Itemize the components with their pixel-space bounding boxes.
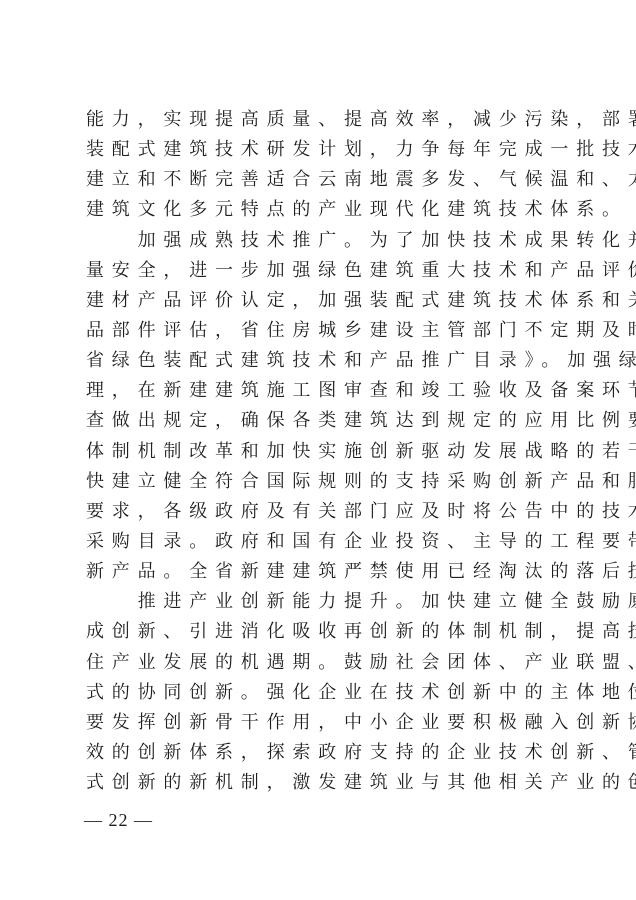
text-line: 建材产品评价认定，加强装配式建筑技术体系和关键技术、配套部 xyxy=(86,286,556,316)
text-line: 快建立健全符合国际规则的支持采购创新产品和服务的政策体系” xyxy=(86,467,556,497)
body-text: 能力，实现提高质量、提高效率，减少污染，部署实施云南省绿色 装配式建筑技术研发计… xyxy=(86,105,556,798)
text-line: 要发挥创新骨干作用，中小企业要积极融入创新协同。加快建立高 xyxy=(86,708,556,738)
text-line: 体制机制改革和加快实施创新驱动发展战略的若干意见》关于“加 xyxy=(86,437,556,467)
text-line: 成创新、引进消化吸收再创新的体制机制，提高技术创新效率，抓 xyxy=(86,617,556,647)
text-line: 推进产业创新能力提升。加快建立健全鼓励原始创新、合作集 xyxy=(86,587,556,617)
text-line: 装配式建筑技术研发计划，力争每年完成一批技术研发项目，加快 xyxy=(86,135,556,165)
paragraph: 推进产业创新能力提升。加快建立健全鼓励原始创新、合作集 成创新、引进消化吸收再创… xyxy=(86,587,556,798)
text-line: 能力，实现提高质量、提高效率，减少污染，部署实施云南省绿色 xyxy=(86,105,556,135)
text-line: 查做出规定，确保各类建筑达到规定的应用比例要求。按照《深化 xyxy=(86,406,556,436)
text-line: 式的协同创新。强化企业在技术创新中的主体地位，大型国有企业 xyxy=(86,678,556,708)
text-line: 省绿色装配式建筑技术和产品推广目录》。加强绿色建材产品应用管 xyxy=(86,346,556,376)
document-page: 能力，实现提高质量、提高效率，减少污染，部署实施云南省绿色 装配式建筑技术研发计… xyxy=(0,0,636,900)
text-line: 采购目录。政府和国有企业投资、主导的工程要带头采用新技术、 xyxy=(86,527,556,557)
page-number: — 22 — xyxy=(84,808,153,832)
text-line: 品部件评估，省住房城乡建设主管部门不定期及时公告发布《云南 xyxy=(86,316,556,346)
text-line: 新产品。全省新建建筑严禁使用已经淘汰的落后技术和产品。 xyxy=(86,557,556,587)
text-line: 效的创新体系，探索政府支持的企业技术创新、管理创新、商业模 xyxy=(86,738,556,768)
paragraph: 能力，实现提高质量、提高效率，减少污染，部署实施云南省绿色 装配式建筑技术研发计… xyxy=(86,105,556,226)
paragraph: 加强成熟技术推广。为了加快技术成果转化并保证建筑工程质 量安全，进一步加强绿色建… xyxy=(86,226,556,588)
text-line: 理，在新建建筑施工图审查和竣工验收及备案环节，对自评价和审 xyxy=(86,376,556,406)
text-line: 住产业发展的机遇期。鼓励社会团体、产业联盟、产学研等多种形 xyxy=(86,648,556,678)
text-line: 加强成熟技术推广。为了加快技术成果转化并保证建筑工程质 xyxy=(86,226,556,256)
text-line: 建立和不断完善适合云南地震多发、气候温和、太阳能资源丰富和 xyxy=(86,165,556,195)
text-line: 式创新的新机制，激发建筑业与其他相关产业的创新活力和潜能， xyxy=(86,768,556,798)
text-line: 建筑文化多元特点的产业现代化建筑技术体系。 xyxy=(86,195,556,225)
text-line: 量安全，进一步加强绿色建筑重大技术和产品评价认定，加快绿色 xyxy=(86,256,556,286)
text-line: 要求，各级政府及有关部门应及时将公告中的技术和产品纳入政府 xyxy=(86,497,556,527)
